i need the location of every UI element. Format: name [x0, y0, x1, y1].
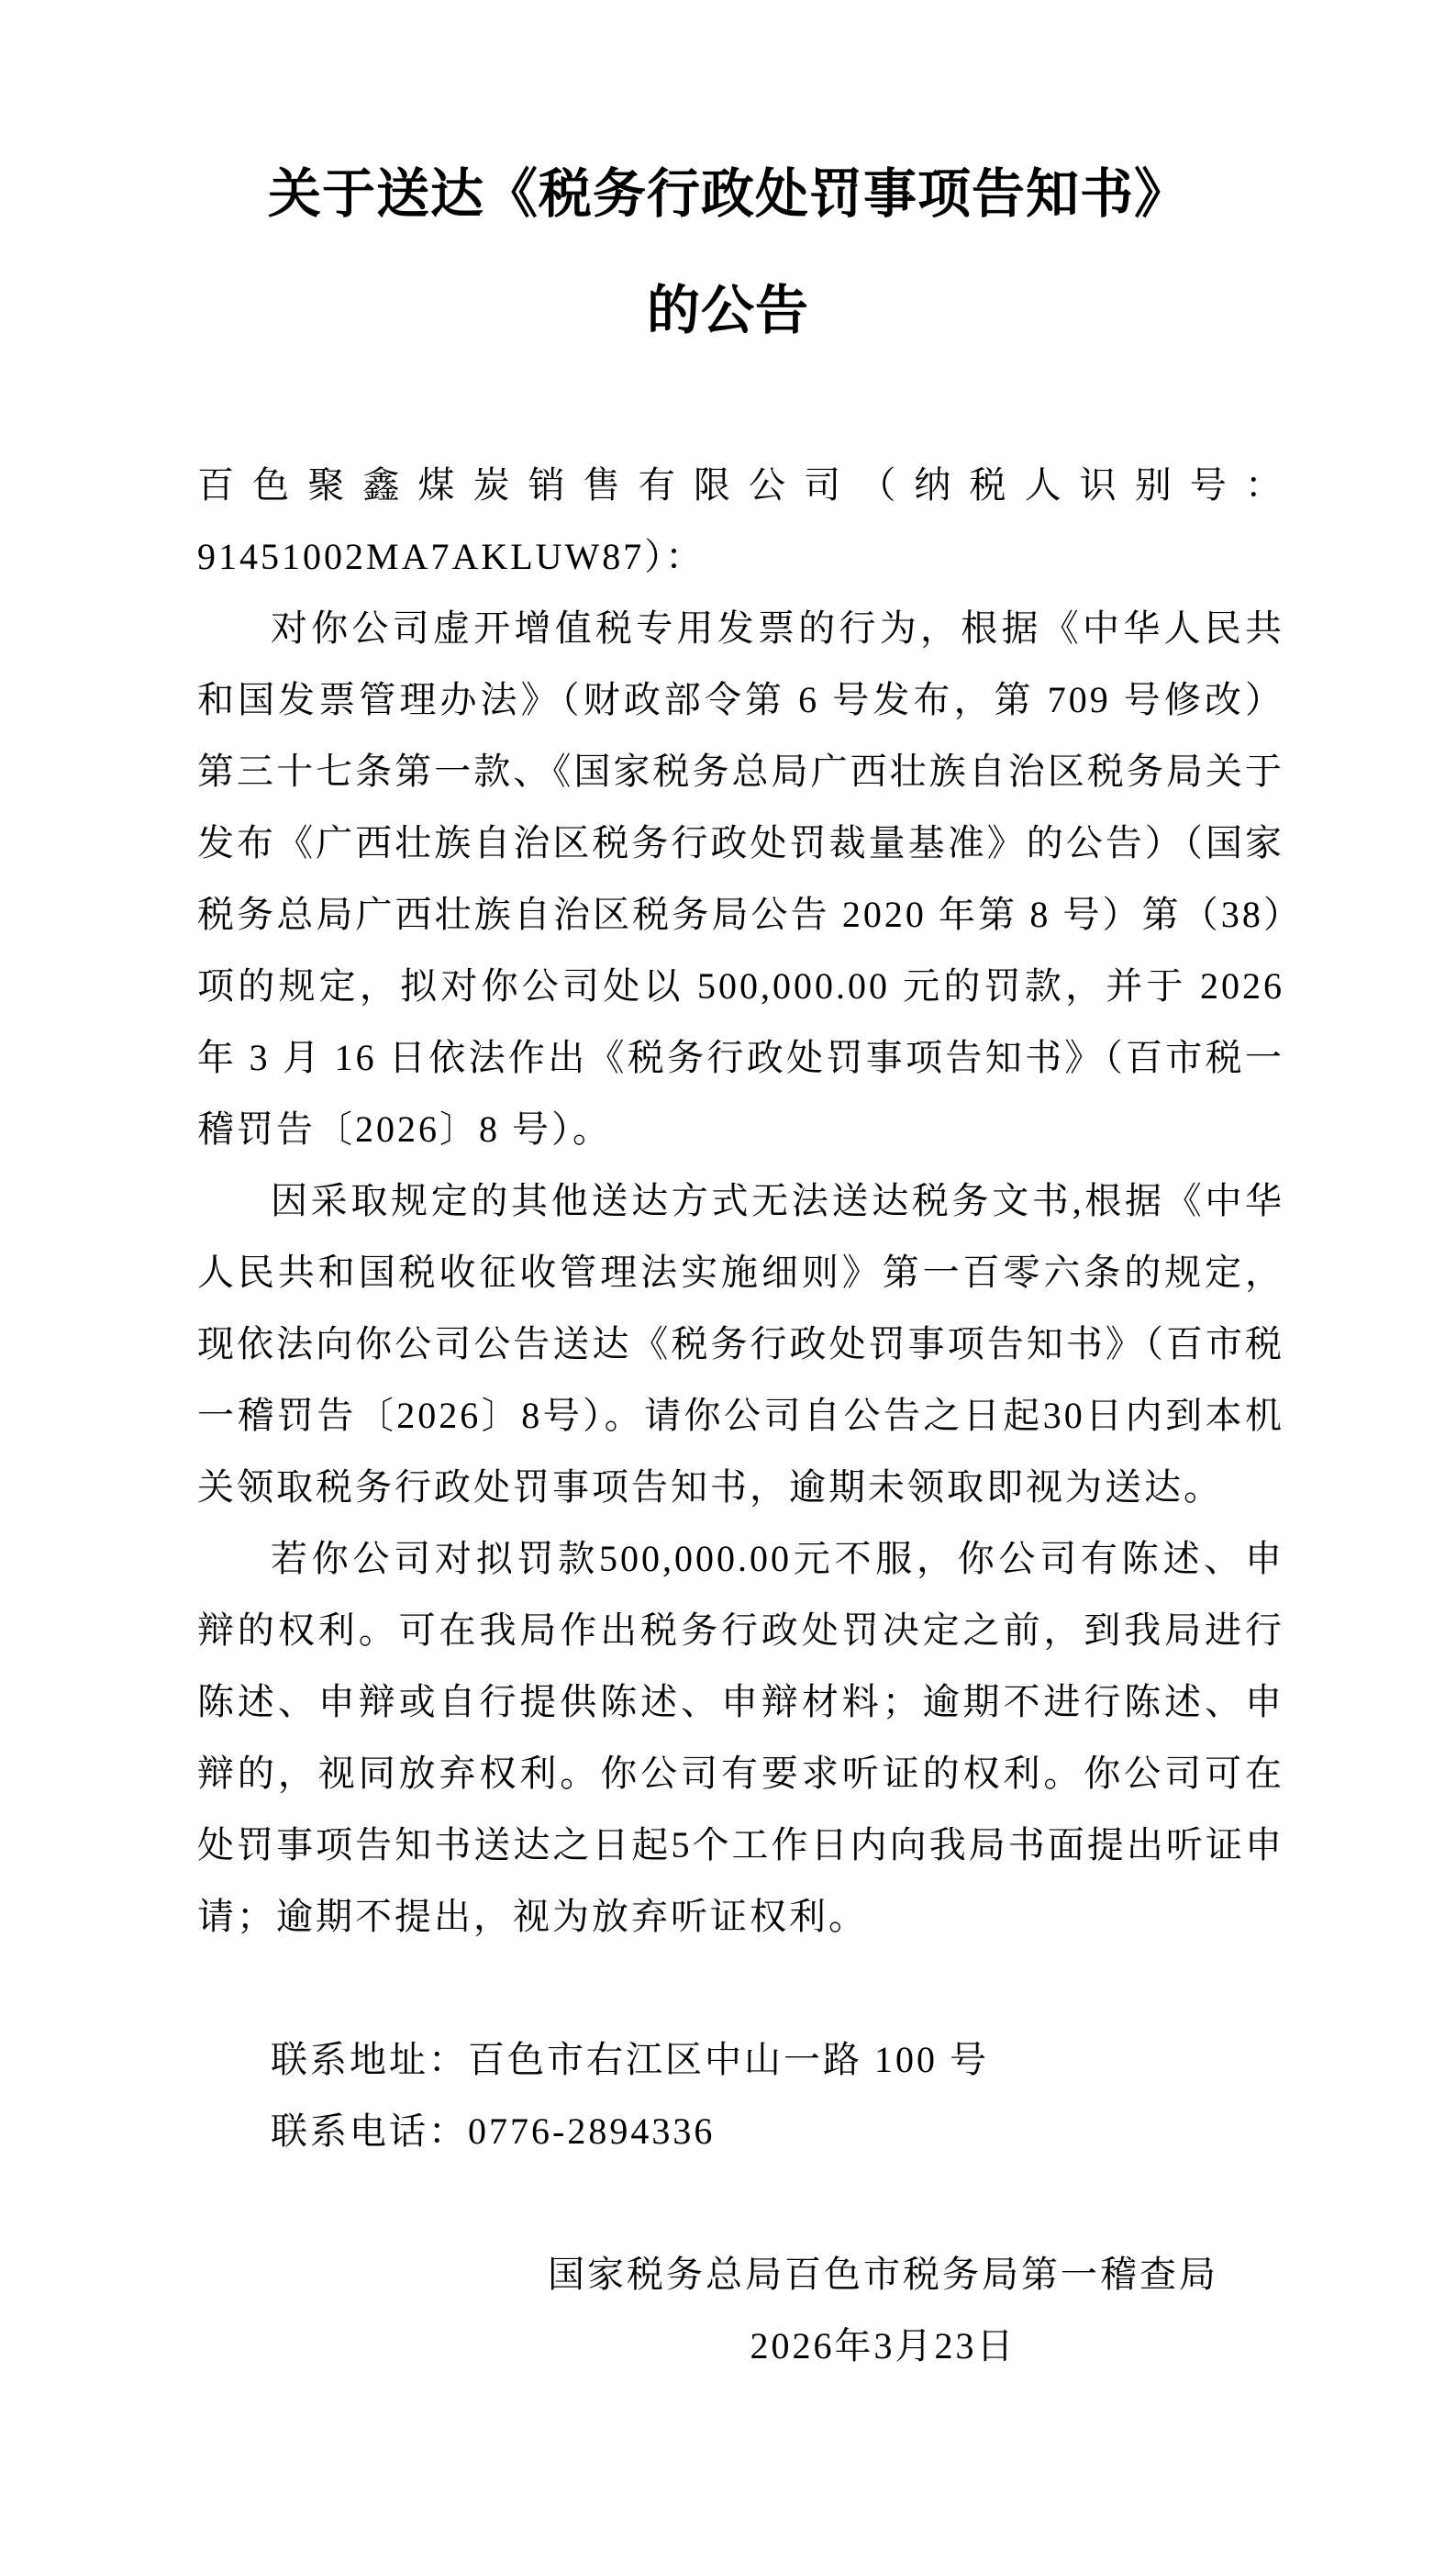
paragraph-penalty-basis: 对你公司虚开增值税专用发票的行为，根据《中华人民共和国发票管理办法》（财政部令第… [197, 593, 1284, 1165]
issue-date: 2026年3月23日 [482, 2310, 1284, 2382]
paragraph-service-notice: 因采取规定的其他送达方式无法送达税务文书,根据《中华人民共和国税收征收管理法实施… [197, 1165, 1284, 1523]
document-body: 百色聚鑫煤炭销售有限公司（纳税人识别号：91451002MA7AKLUW87）：… [197, 450, 1284, 2382]
signature-block: 国家税务总局百色市税务局第一稽查局 2026年3月23日 [482, 2239, 1284, 2382]
title-line-2: 的公告 [0, 252, 1456, 369]
contact-info: 联系地址：百色市右江区中山一路 100 号 联系电话：0776-2894336 [197, 2024, 1284, 2167]
issuer-name: 国家税务总局百色市税务局第一稽查局 [482, 2239, 1284, 2310]
document-page: 关于送达《税务行政处罚事项告知书》 的公告 百色聚鑫煤炭销售有限公司（纳税人识别… [0, 0, 1456, 2561]
contact-phone: 联系电话：0776-2894336 [197, 2096, 1284, 2167]
paragraph-rights: 若你公司对拟罚款500,000.00元不服，你公司有陈述、申辩的权利。可在我局作… [197, 1523, 1284, 1953]
title-line-1: 关于送达《税务行政处罚事项告知书》 [0, 136, 1456, 252]
contact-address: 联系地址：百色市右江区中山一路 100 号 [197, 2024, 1284, 2096]
paragraph-recipient: 百色聚鑫煤炭销售有限公司（纳税人识别号：91451002MA7AKLUW87）： [197, 450, 1284, 593]
document-title: 关于送达《税务行政处罚事项告知书》 的公告 [0, 0, 1456, 369]
